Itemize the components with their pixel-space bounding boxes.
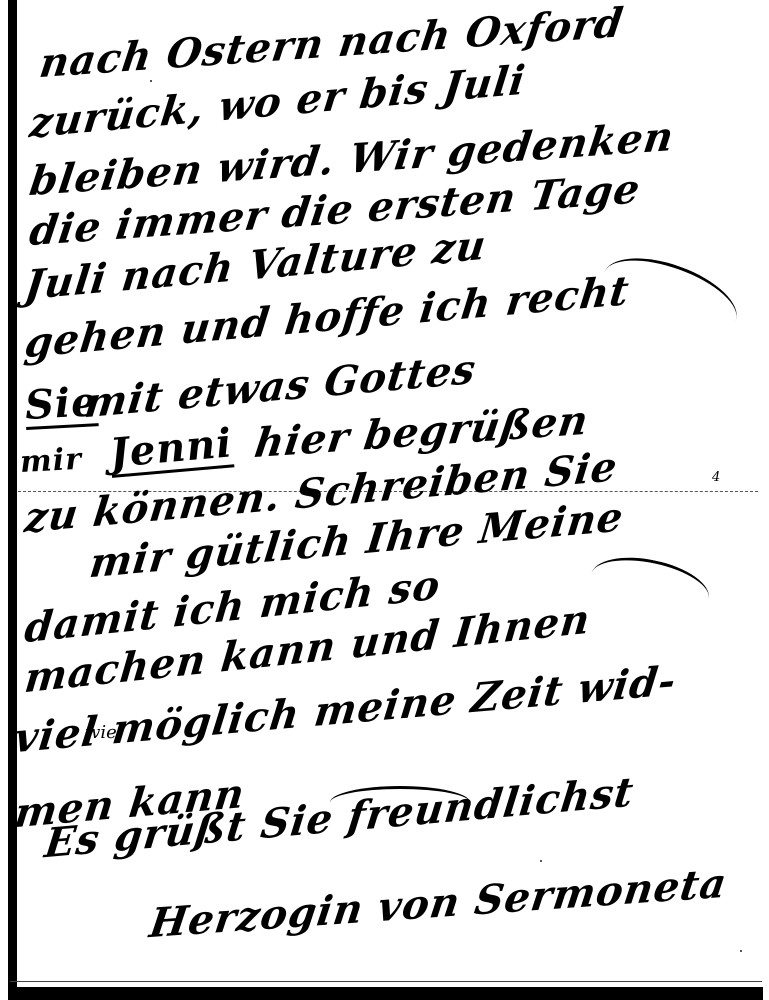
scan-speck [740, 950, 742, 952]
pen-swash [593, 243, 746, 350]
scan-bottom-edge [10, 981, 762, 982]
interlinear-insert-wie: wie [85, 722, 117, 743]
pen-swash [330, 786, 470, 819]
fold-mark: 4 [712, 470, 720, 485]
pen-swash [586, 548, 714, 625]
underlined-word-sie: Sie [24, 378, 99, 429]
scan-speck [540, 860, 542, 862]
handwriting-word-mir: mir [19, 442, 83, 480]
scan-left-border [8, 0, 17, 1000]
scan-speck [150, 80, 152, 82]
underlined-word-jenni: Jenni [108, 419, 234, 477]
handwriting-line: Herzogin von Sermoneta [147, 859, 730, 947]
scan-bottom-border [8, 987, 763, 1000]
letter-page: nach Ostern nach Oxfordzurück, wo er bis… [0, 0, 769, 1000]
